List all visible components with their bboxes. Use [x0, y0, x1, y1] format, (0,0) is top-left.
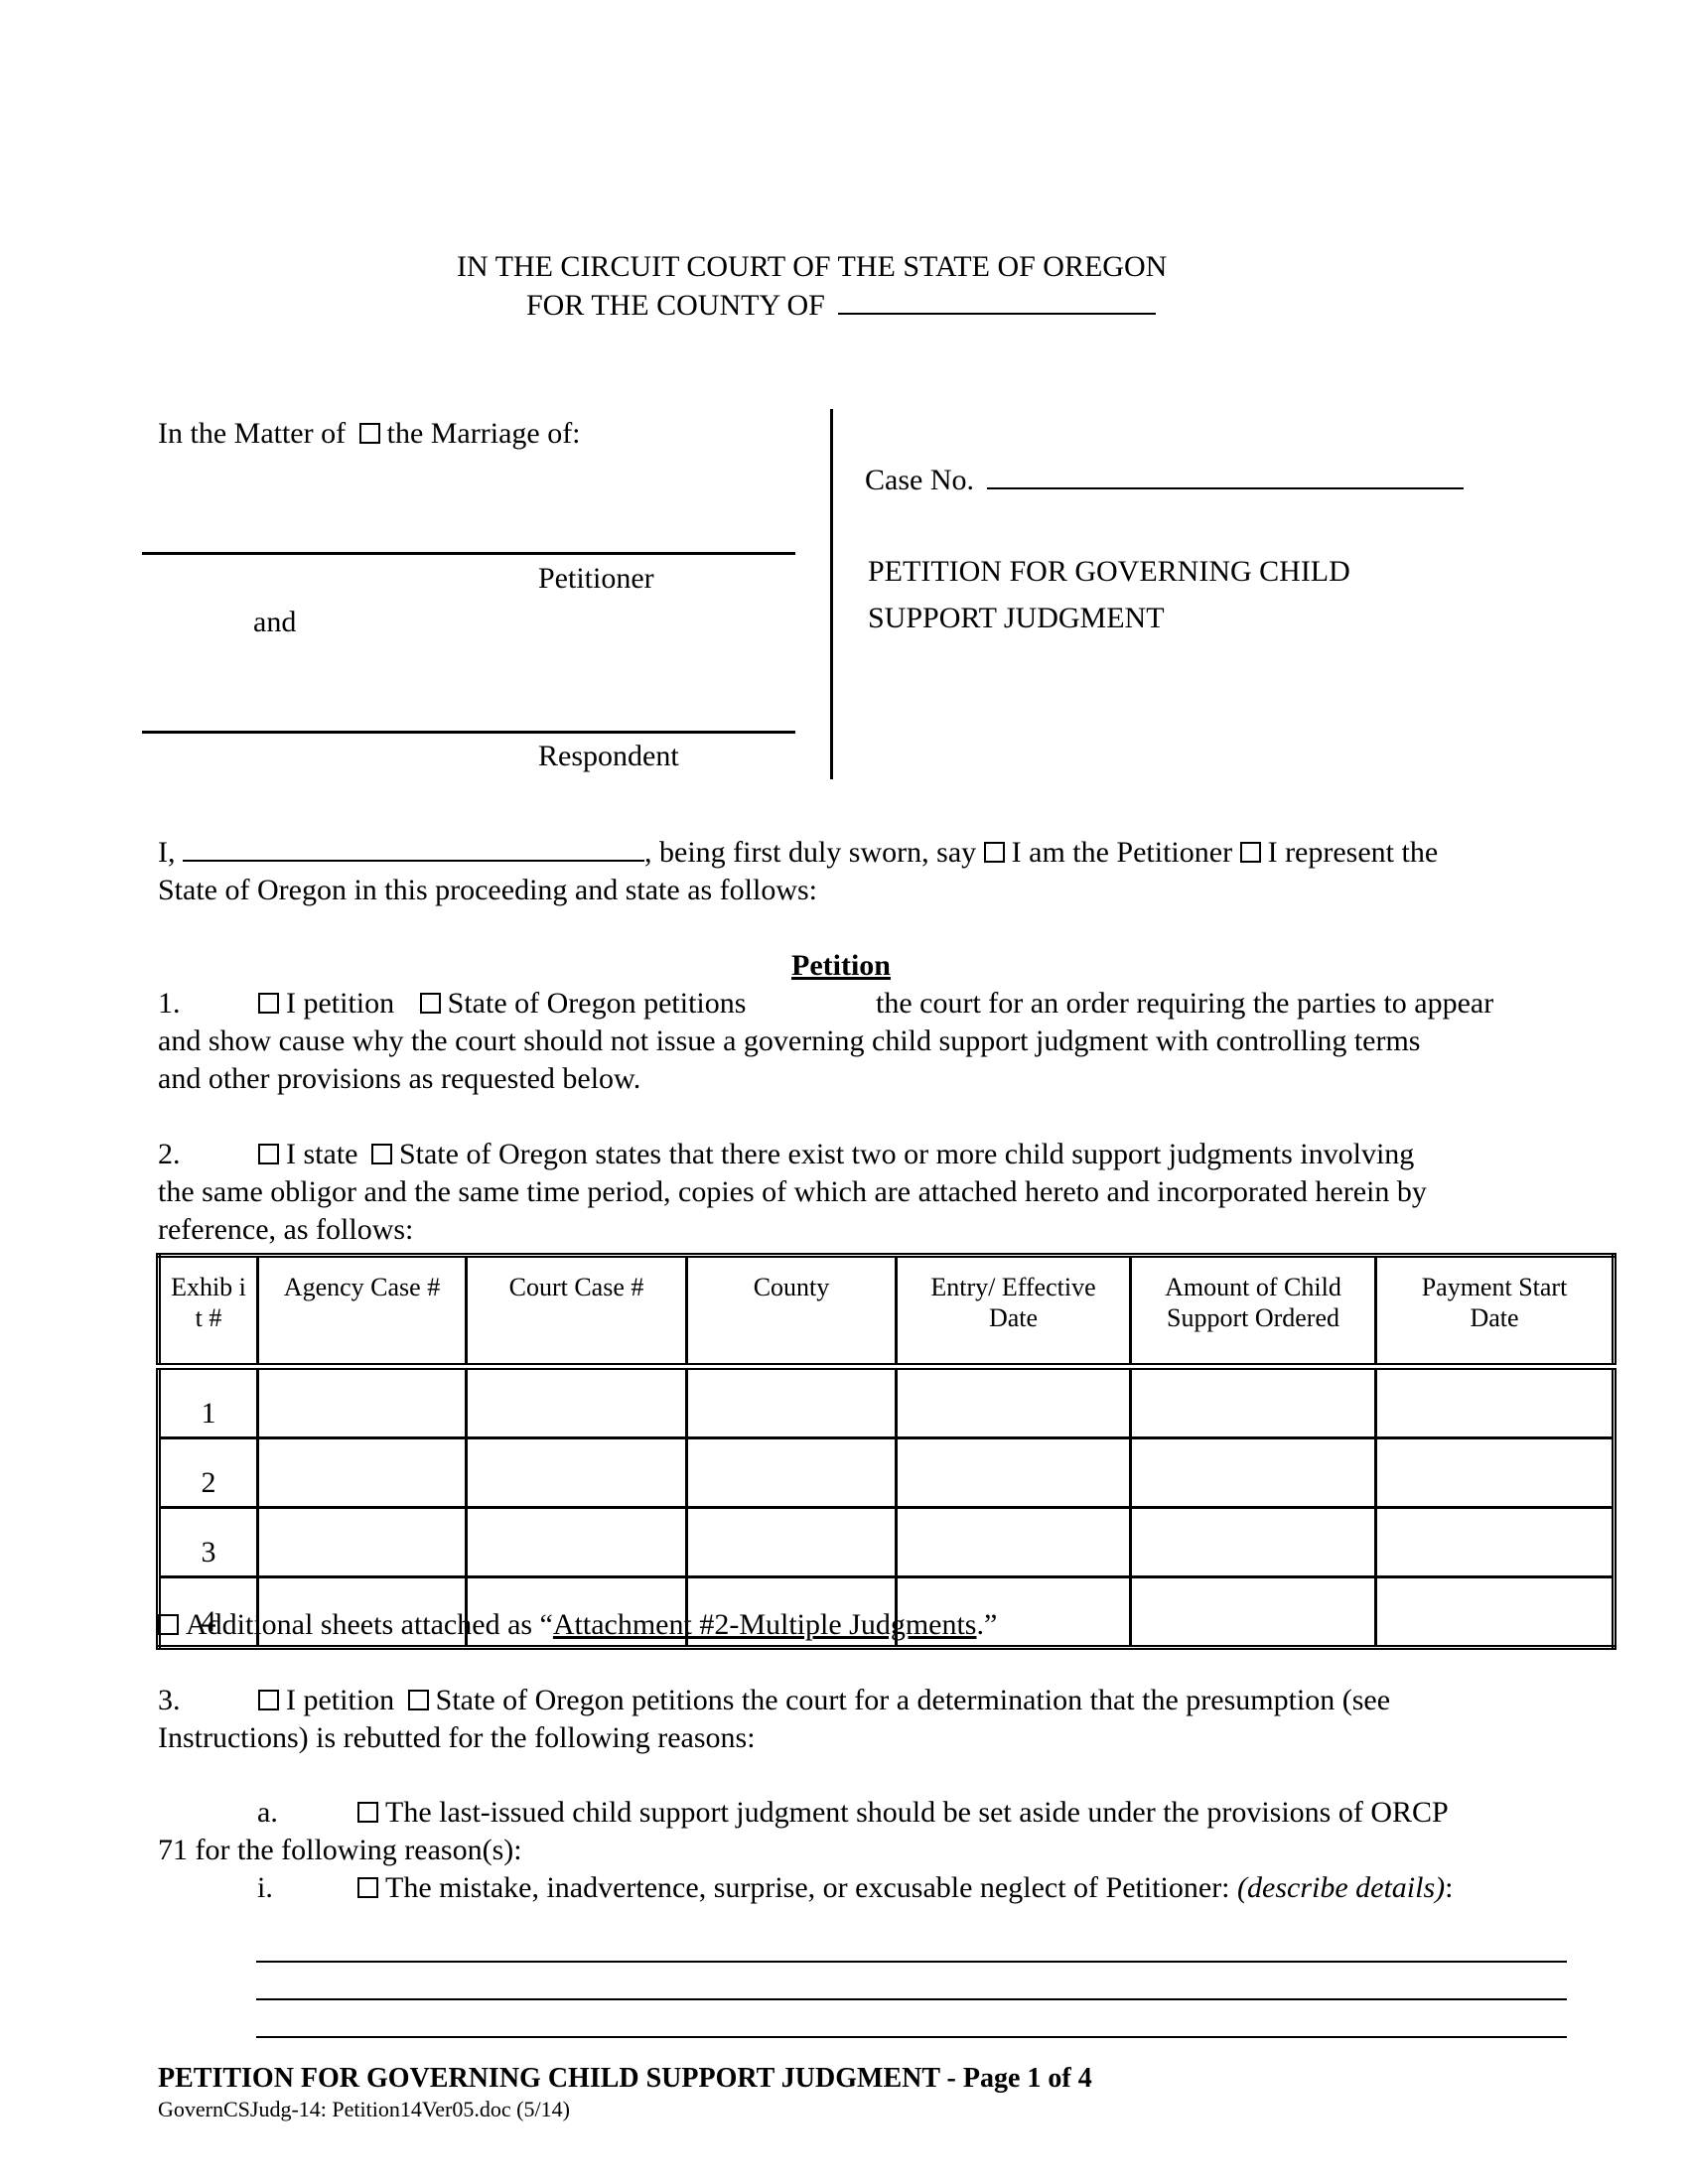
col-entry-date: Entry/ Effective Date [897, 1256, 1131, 1367]
table-cell[interactable] [1376, 1438, 1615, 1508]
table-cell[interactable] [687, 1438, 897, 1508]
additional-suffix: .” [976, 1608, 997, 1641]
col-payment-start: Payment Start Date [1376, 1256, 1615, 1367]
table-row: 2 [159, 1438, 1615, 1508]
table-cell[interactable] [897, 1438, 1131, 1508]
item3i-label: i. [257, 1873, 273, 1903]
item2-text2: the same obligor and the same time perio… [158, 1177, 1427, 1207]
respondent-label: Respondent [538, 742, 679, 771]
table-cell[interactable] [1131, 1577, 1376, 1648]
item1-text2: and show cause why the court should not … [158, 1026, 1420, 1056]
item2-option2: State of Oregon states that there exist … [399, 1138, 1414, 1170]
item2-options: I state State of Oregon states that ther… [258, 1140, 1414, 1169]
document-title-line1: PETITION FOR GOVERNING CHILD [868, 557, 1350, 587]
additional-sheets-line: Additional sheets attached as “Attachmen… [158, 1610, 997, 1640]
item3a-label: a. [257, 1798, 278, 1828]
item1-text3: and other provisions as requested below. [158, 1064, 640, 1094]
item3i-line: The mistake, inadvertence, surprise, or … [357, 1873, 1453, 1903]
petitioner-label: Petitioner [538, 564, 654, 594]
table-cell[interactable] [467, 1508, 687, 1577]
item1-option1: I petition [286, 987, 394, 1020]
petition-heading: Petition [791, 951, 891, 981]
table-row: 3 [159, 1508, 1615, 1577]
item1-i-petition-checkbox[interactable] [258, 993, 279, 1014]
details-line-2[interactable] [256, 1998, 1567, 2000]
exhibit-number-cell: 1 [159, 1367, 258, 1438]
col-amount: Amount of Child Support Ordered [1131, 1256, 1376, 1367]
petitioner-checkbox[interactable] [984, 842, 1005, 863]
respondent-name-line[interactable] [142, 731, 795, 734]
table-cell[interactable] [897, 1508, 1131, 1577]
item3i-checkbox[interactable] [357, 1877, 378, 1898]
oath-line2: State of Oregon in this proceeding and s… [158, 876, 817, 905]
table-cell[interactable] [687, 1367, 897, 1438]
table-cell[interactable] [1131, 1438, 1376, 1508]
item3-option2: State of Oregon petitions the court for … [436, 1684, 1390, 1716]
table-cell[interactable] [467, 1438, 687, 1508]
table-cell[interactable] [258, 1438, 467, 1508]
table-row: 1 [159, 1367, 1615, 1438]
item3-state-checkbox[interactable] [408, 1690, 429, 1710]
table-cell[interactable] [258, 1508, 467, 1577]
item3i-trail: : [1445, 1871, 1453, 1904]
affiant-name-field[interactable] [183, 838, 644, 862]
oath-option2: I represent the [1268, 836, 1439, 869]
petitioner-name-line[interactable] [142, 552, 795, 555]
table-header-row: Exhib it # Agency Case # Court Case # Co… [159, 1256, 1615, 1367]
county-label: FOR THE COUNTY OF [526, 289, 825, 322]
matter-suffix: the Marriage of: [387, 417, 581, 450]
item2-option1: I state [286, 1138, 357, 1170]
item2-text3: reference, as follows: [158, 1215, 413, 1245]
item2-state-checkbox[interactable] [371, 1144, 392, 1164]
county-line: FOR THE COUNTY OF [526, 291, 1156, 321]
table-cell[interactable] [1376, 1367, 1615, 1438]
col-agency-case: Agency Case # [258, 1256, 467, 1367]
table-cell[interactable] [258, 1367, 467, 1438]
item1-state-checkbox[interactable] [420, 993, 441, 1014]
county-field[interactable] [838, 293, 1156, 315]
item3-number: 3. [158, 1686, 181, 1715]
item2-number: 2. [158, 1140, 181, 1169]
table-cell[interactable] [1376, 1508, 1615, 1577]
oath-option1: I am the Petitioner [1012, 836, 1232, 869]
table-cell[interactable] [1131, 1367, 1376, 1438]
item1-option2: State of Oregon petitions [448, 987, 747, 1020]
footer-file: GovernCSJudg-14: Petition14Ver05.doc (5/… [158, 2099, 570, 2120]
matter-line: In the Matter of the Marriage of: [158, 419, 581, 449]
oath-line1: I, , being first duly sworn, say I am th… [158, 838, 1438, 868]
col-county: County [687, 1256, 897, 1367]
item3-option1: I petition [286, 1684, 394, 1716]
col-court-case: Court Case # [467, 1256, 687, 1367]
details-line-1[interactable] [256, 1961, 1567, 1963]
oath-prefix: I, [158, 836, 176, 869]
table-cell[interactable] [687, 1508, 897, 1577]
item1-text1: the court for an order requiring the par… [876, 989, 1493, 1019]
additional-prefix: Additional sheets attached as “ [186, 1608, 553, 1641]
item1-options: I petition State of Oregon petitions [258, 989, 746, 1019]
judgments-table: Exhib it # Agency Case # Court Case # Co… [156, 1253, 1617, 1650]
court-heading: IN THE CIRCUIT COURT OF THE STATE OF ORE… [457, 252, 1167, 282]
item3-text2: Instructions) is rebutted for the follow… [158, 1723, 756, 1753]
attachment-link[interactable]: Attachment #2-Multiple Judgments [553, 1608, 977, 1641]
item1-number: 1. [158, 989, 181, 1019]
exhibit-number-cell: 3 [159, 1508, 258, 1577]
document-title-line2: SUPPORT JUDGMENT [868, 604, 1165, 633]
item3i-hint: (describe details) [1237, 1871, 1445, 1904]
table-cell[interactable] [467, 1367, 687, 1438]
exhibit-number-cell: 2 [159, 1438, 258, 1508]
table-cell[interactable] [1131, 1508, 1376, 1577]
item3a-line1: The last-issued child support judgment s… [357, 1798, 1449, 1828]
additional-sheets-checkbox[interactable] [158, 1614, 179, 1635]
item3-options: I petition State of Oregon petitions the… [258, 1686, 1390, 1715]
item3a-text2: 71 for the following reason(s): [158, 1836, 522, 1865]
details-line-3[interactable] [256, 2036, 1567, 2038]
item2-i-state-checkbox[interactable] [258, 1144, 279, 1164]
item3a-checkbox[interactable] [357, 1802, 378, 1823]
footer-title: PETITION FOR GOVERNING CHILD SUPPORT JUD… [158, 2065, 1092, 2093]
item3-i-petition-checkbox[interactable] [258, 1690, 279, 1710]
state-rep-checkbox[interactable] [1240, 842, 1261, 863]
marriage-checkbox[interactable] [359, 423, 380, 444]
case-no-label: Case No. [865, 464, 974, 496]
matter-prefix: In the Matter of [158, 417, 346, 450]
oath-middle: , being first duly sworn, say [644, 836, 976, 869]
item3a-text1: The last-issued child support judgment s… [385, 1796, 1449, 1829]
and-label: and [253, 608, 296, 637]
col-exhibit: Exhib it # [159, 1256, 258, 1367]
case-no-line: Case No. [865, 466, 1464, 495]
table-cell[interactable] [897, 1367, 1131, 1438]
item3i-text: The mistake, inadvertence, surprise, or … [385, 1871, 1230, 1904]
case-no-field[interactable] [987, 466, 1464, 489]
caption-divider [830, 409, 833, 779]
table-cell[interactable] [1376, 1577, 1615, 1648]
